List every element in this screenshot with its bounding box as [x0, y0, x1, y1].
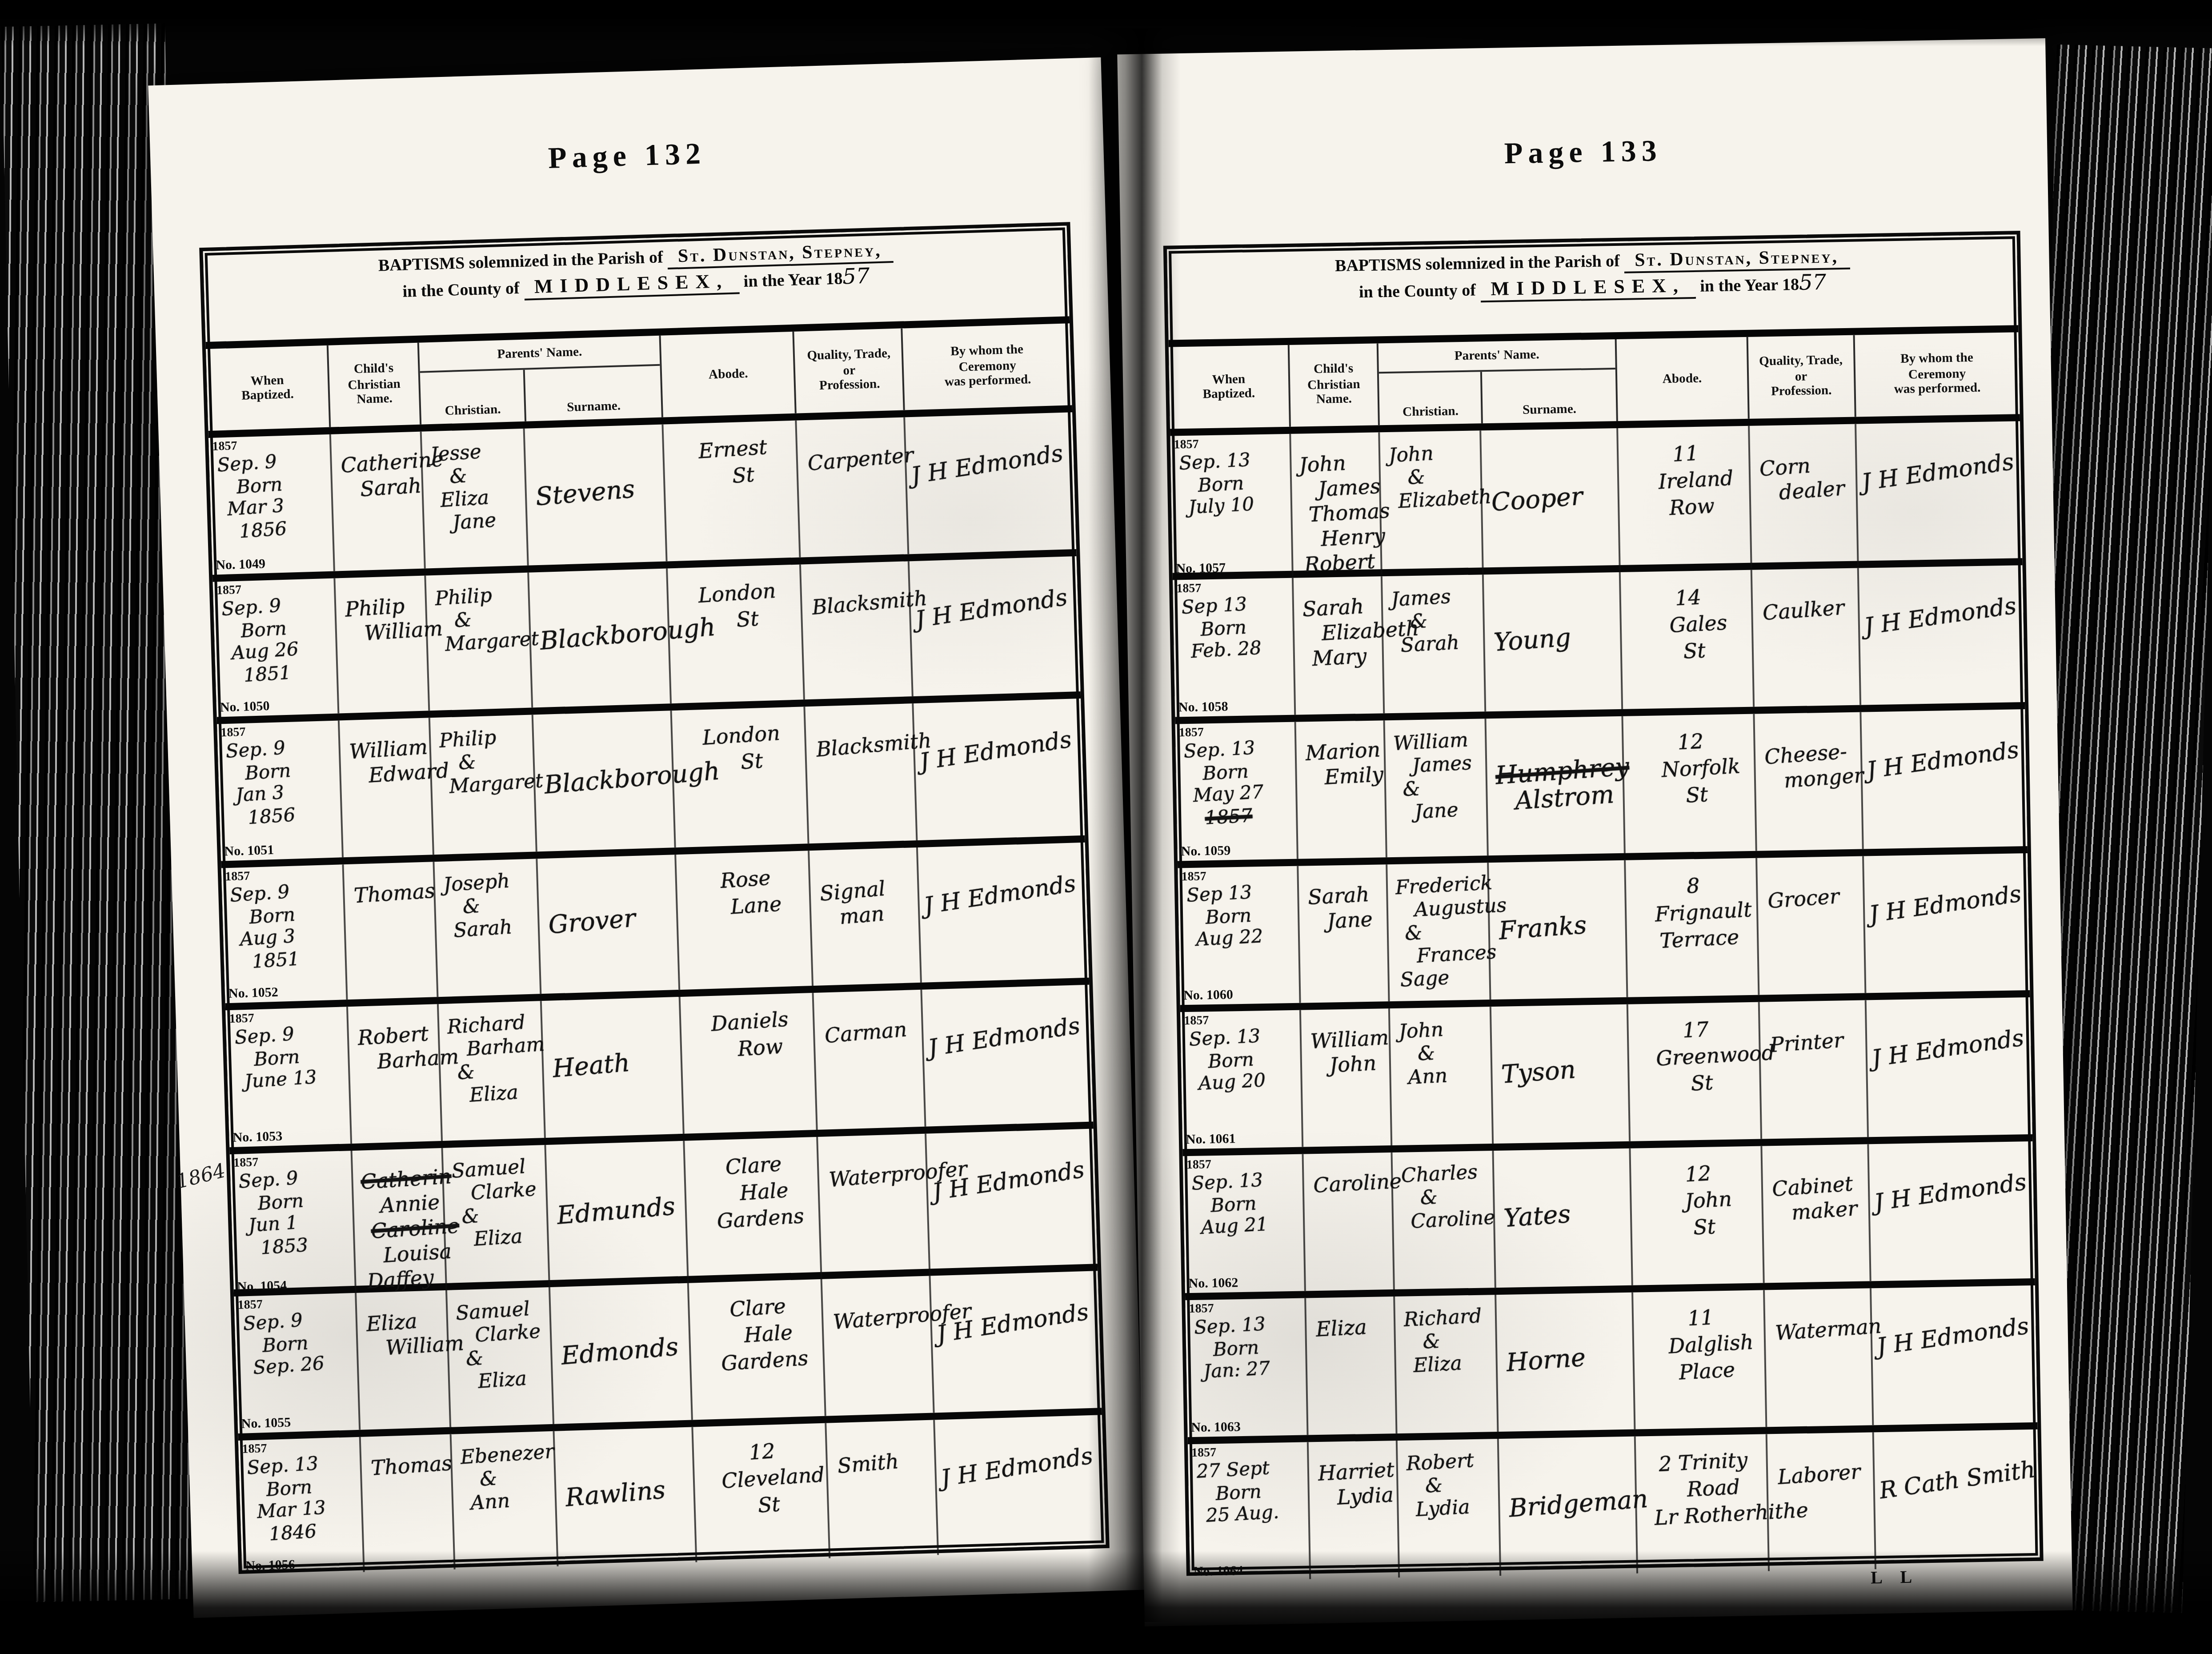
handwriting: SamuelClarke&Eliza	[445, 1285, 554, 1395]
handwriting: Edmunds	[548, 1195, 680, 1232]
abode-cell: 14GalesSt	[1619, 570, 1753, 709]
handwriting: CatherinAnnieCarolineLouisaDaffey	[350, 1146, 448, 1293]
parents-surname-cell: Tyson	[1491, 1004, 1629, 1144]
script-line: &	[1425, 1471, 1496, 1498]
script-line: Thomas	[1308, 498, 1377, 527]
parents-christian-cell: Jesse&ElizaJane	[420, 429, 528, 568]
when-baptized-cell: Sep. 13BornAug 211857No. 1062	[1183, 1154, 1304, 1293]
col-parents: Parents' Name. Christian. Surname.	[1377, 339, 1616, 425]
minister-signature-cell: J H Edmonds	[1867, 1141, 2035, 1281]
handwriting: Laborer	[1766, 1429, 1874, 1490]
script-line: John	[1298, 449, 1374, 478]
register-entry-row: Sep. 9BornAug 2618511857No. 1050PhilipWi…	[212, 555, 1081, 724]
stage: Page 132 BAPTISMS solemnized in the Pari…	[0, 0, 2212, 1654]
script-line: Marion	[1305, 737, 1381, 766]
record-number: No. 1055	[241, 1413, 291, 1430]
abode-cell: ErnestSt	[662, 421, 800, 561]
header-text: in the Year 18	[1700, 277, 1799, 297]
entry-rows-left: Sep. 9BornMar 318561857No. 1049Catherine…	[208, 412, 1106, 1576]
parents-surname-cell: Yates	[1493, 1148, 1631, 1288]
header-text: in the County of	[1359, 283, 1476, 303]
handwriting: J H Edmonds	[1856, 988, 2027, 1075]
script-line: J H Edmonds	[1863, 596, 2016, 642]
script-line: Sage	[1400, 964, 1489, 992]
handwriting: J H Edmonds	[917, 1119, 1091, 1208]
col-parents-title: Parents' Name.	[1378, 339, 1615, 373]
col-christian: Christian.	[1379, 372, 1481, 425]
col-christian: Christian.	[420, 370, 525, 425]
when-baptized-cell: Sep. 9BornJune 131857No. 1053	[225, 1007, 350, 1146]
printed-year: 1857	[1179, 725, 1204, 740]
handwriting: J H Edmonds	[1853, 845, 2024, 931]
profession-cell: Printer	[1758, 1000, 1867, 1139]
handwriting: Philip&Margaret	[425, 570, 531, 656]
child-name-cell: Caroline	[1302, 1152, 1393, 1291]
script-line: Lr Rotherhithe	[1654, 1500, 1765, 1532]
profession-cell: Laborer	[1766, 1432, 1874, 1571]
parents-surname-cell: HumphreyAlstrom	[1485, 716, 1623, 855]
handwriting: Corndealer	[1748, 422, 1858, 507]
handwriting: Rawlins	[556, 1479, 671, 1515]
script-line: R Cath Smith	[1878, 1460, 2031, 1506]
handwriting: Jesse&ElizaJane	[420, 427, 529, 536]
handwriting: Blacksmith	[801, 558, 911, 619]
abode-cell: 12JohnSt	[1629, 1146, 1763, 1285]
script-line: Grocer	[1767, 882, 1860, 913]
script-line: Waterman	[1775, 1314, 1868, 1345]
minister-signature-cell: J H Edmonds	[912, 699, 1085, 839]
script-line: J H Edmonds	[1865, 740, 2019, 786]
handwriting: Thomas	[360, 1432, 452, 1480]
register-table-right: BAPTISMS solemnized in the Parish of St.…	[1163, 231, 2044, 1576]
handwriting: J H Edmonds	[1848, 557, 2020, 643]
when-baptized-cell: Sep. 9BornMar 318561857No. 1049	[208, 434, 333, 574]
parents-christian-cell: SamuelClarke&Eliza	[445, 1287, 553, 1426]
child-name-cell: Eliza	[1304, 1297, 1396, 1435]
handwriting: 12NorfolkSt	[1622, 712, 1756, 813]
profession-cell: Waterproofer	[817, 1133, 929, 1278]
minister-signature-cell: J H Edmonds	[1854, 421, 2022, 566]
col-when: When Baptized.	[1169, 345, 1289, 429]
handwriting: HumphreyAlstrom	[1487, 754, 1636, 818]
register-entry-row: Sep. 9BornMar 318561857No. 1049Catherine…	[208, 412, 1077, 581]
handwriting: Philip&Margaret	[429, 713, 536, 799]
script-line: J H Edmonds	[931, 1158, 1088, 1206]
handwriting: DanielsRow	[680, 991, 816, 1067]
script-line: Edward	[368, 759, 428, 787]
record-number: No. 1053	[232, 1127, 283, 1144]
handwriting: Carman	[813, 987, 923, 1049]
parents-surname-cell: Heath	[541, 997, 683, 1137]
script-line: Carpenter	[807, 443, 903, 476]
year-script: 57	[1799, 270, 1827, 295]
handwriting: Cooper	[1483, 484, 1588, 518]
script-line: Richard	[1403, 1304, 1492, 1332]
handwriting: SarahElizabethMary	[1292, 575, 1384, 672]
script-line: Jane	[1414, 797, 1485, 824]
register-entry-row: Sep 13BornFeb. 281857No. 1058SarahElizab…	[1173, 565, 2025, 724]
when-baptized-cell: Sep. 9BornJan 318561857No. 1051	[217, 721, 342, 860]
entry-rows-right: Sep. 13BornJuly 101857No. 1057JohnJamesT…	[1170, 421, 2040, 1581]
script-line: maker	[1791, 1195, 1866, 1225]
script-line: Grover	[548, 907, 637, 941]
script-line: James	[1317, 474, 1376, 502]
script-line: Edmunds	[557, 1195, 677, 1231]
register-table-left: BAPTISMS solemnized in the Parish of St.…	[199, 222, 1110, 1574]
book-gutter-shadow	[1088, 28, 1181, 1622]
header-text: in the Year 18	[743, 271, 843, 292]
abode-cell: 17GreenwoodSt	[1626, 1002, 1760, 1141]
printed-year: 1857	[216, 582, 242, 597]
register-entry-row: Sep. 9BornAug 318511857No. 1052ThomasJos…	[221, 842, 1090, 1011]
handwriting: Franks	[1490, 913, 1592, 947]
col-surname: Surname.	[523, 366, 661, 422]
profession-cell: Grocer	[1755, 856, 1864, 995]
handwriting: LondonSt	[667, 561, 803, 637]
child-name-cell: WilliamEdward	[338, 718, 433, 856]
parents-surname-cell: Edmonds	[549, 1283, 691, 1423]
handwriting: J H Edmonds	[913, 976, 1087, 1064]
script-line: Henry	[1320, 523, 1378, 551]
script-line: Harriet	[1317, 1457, 1393, 1486]
col-when: When Baptized.	[206, 345, 329, 431]
abode-cell: 12NorfolkSt	[1621, 714, 1755, 853]
script-line: Elizabeth	[1321, 618, 1379, 646]
script-line: Yates	[1504, 1203, 1572, 1234]
handwriting: J H Edmonds	[900, 546, 1074, 635]
script-line: Norfolk	[1650, 753, 1751, 785]
handwriting: Blacksmith	[805, 701, 915, 763]
script-line: J H Edmonds	[936, 1301, 1092, 1349]
register-entry-row: Sep. 9BornJan 318561857No. 1051WilliamEd…	[217, 699, 1085, 867]
abode-cell: ClareHaleGardens	[687, 1279, 825, 1419]
script-line: John	[1329, 1050, 1387, 1078]
handwriting: RobertBarham	[347, 1003, 440, 1076]
col-abode: Abode.	[659, 332, 796, 418]
register-entry-row: Sep. 13BornAug 201857No. 1061WilliamJohn…	[1180, 997, 2032, 1156]
handwriting: ClareHaleGardens	[688, 1277, 825, 1380]
handwriting: Grover	[539, 907, 641, 942]
when-baptized-cell: Sep. 13BornAug 201857No. 1061	[1180, 1010, 1302, 1149]
script-line: Emily	[1324, 762, 1382, 790]
handwriting: Waterproofer	[822, 1273, 932, 1335]
handwriting: Richard&Eliza	[1394, 1293, 1499, 1378]
handwriting: Carpenter	[796, 414, 906, 476]
profession-cell: Carman	[813, 990, 925, 1129]
minister-signature-cell: J H Edmonds	[925, 1128, 1098, 1275]
right-page: Page 133 BAPTISMS solemnized in the Pari…	[1117, 38, 2072, 1626]
handwriting: Yates	[1495, 1202, 1576, 1234]
script-line: monger	[1783, 763, 1859, 793]
county-name: MIDDLESEX,	[523, 271, 740, 300]
script-line: Jane	[452, 507, 525, 534]
printed-year: 1857	[237, 1297, 263, 1313]
handwriting: J H Edmonds	[904, 690, 1079, 778]
handwriting: Cabinetmaker	[1760, 1141, 1870, 1227]
header-text: BAPTISMS solemnized in the Parish of	[1335, 254, 1620, 277]
script-line: Ann	[1408, 1062, 1490, 1089]
parents-christian-cell: WilliamJames&Jane	[1383, 719, 1488, 857]
handwriting: John&Ann	[1389, 1005, 1493, 1090]
handwriting: J H Edmonds	[1861, 1277, 2032, 1363]
register-entry-row: Sep. 9BornJun 118531857No. 1054CatherinA…	[230, 1128, 1098, 1297]
handwriting: ErnestSt	[662, 418, 799, 494]
script-line: Feb. 28	[1190, 637, 1291, 664]
profession-cell: Carpenter	[796, 417, 908, 556]
parents-surname-cell: Horne	[1495, 1293, 1634, 1432]
printed-year: 1857	[229, 1011, 254, 1026]
record-number: No. 1054	[237, 1277, 287, 1294]
parents-surname-cell: Rawlins	[553, 1426, 696, 1566]
handwriting: J H Edmonds	[1858, 1132, 2029, 1219]
script-line: William	[364, 616, 424, 645]
script-line: &	[1404, 918, 1486, 945]
script-line: Margaret	[449, 770, 532, 799]
abode-cell: LondonSt	[666, 564, 804, 704]
handwriting: J H Edmonds	[908, 833, 1083, 921]
script-line: Jane	[1326, 906, 1385, 934]
script-line: Young	[1494, 626, 1573, 658]
handwriting: 11DalglishPlace	[1631, 1288, 1766, 1389]
script-line: Barham	[466, 1033, 539, 1061]
script-line: Eliza	[469, 1080, 542, 1107]
script-line: St	[1641, 779, 1753, 812]
script-line: Annie	[379, 1188, 439, 1217]
parents-surname-cell: Franks	[1488, 860, 1626, 1000]
script-line: Lydia	[1415, 1494, 1497, 1521]
parents-christian-cell: FrederickAugustus&FrancesSage	[1386, 863, 1491, 1001]
when-baptized-cell: Sep. 9BornAug 2618511857No. 1050	[212, 578, 337, 717]
handwriting: 17GreenwoodSt	[1627, 1000, 1761, 1101]
script-line: Jan: 27	[1203, 1357, 1303, 1384]
script-line: &	[1407, 463, 1478, 490]
record-number: No. 1050	[220, 698, 270, 715]
printed-year: 1857	[225, 868, 250, 883]
profession-cell: Waterproofer	[821, 1276, 933, 1415]
minister-signature-cell: R Cath Smith	[1872, 1429, 2040, 1569]
script-line: Frignault	[1653, 897, 1754, 929]
profession-cell: Cabinetmaker	[1760, 1144, 1869, 1283]
minister-signature-cell: J H Edmonds	[917, 842, 1089, 983]
handwriting: R Cath Smith	[1863, 1421, 2035, 1507]
script-line: &	[1410, 607, 1481, 634]
script-line: Laborer	[1777, 1458, 1870, 1489]
script-line: Greenwood	[1655, 1041, 1756, 1073]
script-line: Smith	[837, 1445, 933, 1477]
script-line: Aug 21	[1201, 1212, 1301, 1240]
script-line: J H Edmonds	[927, 1015, 1084, 1063]
when-baptized-cell: Sep. 13BornMay 2718571857No. 1059	[1175, 722, 1297, 861]
handwriting: 2 TrinityRoadLr Rotherhithe	[1634, 1432, 1769, 1533]
handwriting: 11IrelandRow	[1616, 424, 1751, 525]
child-name-cell: SarahJane	[1297, 864, 1388, 1003]
printed-year: 1857	[242, 1441, 267, 1456]
handwriting: Tyson	[1492, 1058, 1581, 1091]
profession-cell: Waterman	[1763, 1288, 1871, 1427]
parents-surname-cell: Stevens	[524, 425, 666, 565]
register-entry-row: Sep. 9BornJune 131857No. 1053RobertBarha…	[225, 985, 1094, 1154]
record-number: No. 1057	[1176, 559, 1226, 576]
minister-signature-cell: J H Edmonds	[904, 412, 1076, 553]
col-quality: Quality, Trade, or Profession.	[793, 329, 903, 413]
child-name-cell: CatherineSarah	[329, 432, 424, 570]
when-baptized-cell: Sep. 13BornJan: 271857No. 1063	[1185, 1298, 1306, 1437]
script-line: Aug 22	[1195, 924, 1296, 952]
handwriting: Waterproofer	[817, 1130, 928, 1192]
script-line: Frances	[1416, 941, 1487, 968]
minister-signature-cell: J H Edmonds	[929, 1271, 1102, 1412]
script-line: &	[1422, 1327, 1493, 1354]
profession-cell: Caulker	[1751, 568, 1859, 707]
script-line: Cooper	[1491, 484, 1585, 517]
script-line: July 10	[1188, 493, 1288, 520]
child-name-cell: Thomas	[342, 861, 437, 1000]
handwriting: 8FrignaultTerrace	[1624, 856, 1759, 957]
county-name: MIDDLESEX,	[1480, 276, 1696, 302]
header-text: in the County of	[402, 281, 520, 302]
handwriting: Printer	[1759, 997, 1867, 1058]
script-line: Daffey	[366, 1263, 444, 1293]
handwriting: RoseLane	[675, 847, 812, 923]
record-number: No. 1058	[1178, 698, 1228, 715]
register-entry-row: Sep. 13BornJuly 101857No. 1057JohnJamesT…	[1170, 421, 2022, 580]
child-name-cell: PhilipWilliam	[333, 575, 428, 714]
script-line: Mary	[1311, 642, 1380, 671]
record-number: No. 1049	[216, 554, 266, 572]
register-entry-row: Sep. 13BornAug 211857No. 1062CarolineCha…	[1183, 1141, 2035, 1300]
col-child: Child's Christian Name.	[1287, 343, 1378, 426]
minister-signature-cell: J H Edmonds	[934, 1414, 1106, 1555]
script-line: Heath	[553, 1051, 632, 1084]
parish-name: St. Dunstan, Stepney,	[1624, 248, 1850, 273]
record-number: No. 1059	[1181, 842, 1230, 859]
col-quality: Quality, Trade, or Profession.	[1747, 335, 1854, 419]
script-line: Horne	[1507, 1346, 1587, 1378]
parents-christian-cell: Joseph&Sarah	[433, 858, 541, 997]
handwriting: JohnJamesThomasHenryRobert	[1288, 431, 1383, 578]
script-line: Ireland	[1645, 465, 1746, 497]
script-line: dealer	[1778, 475, 1854, 505]
script-line: Stevens	[535, 477, 637, 512]
script-line: Dalglish	[1660, 1329, 1761, 1361]
register-scan-photo: Page 132 BAPTISMS solemnized in the Pari…	[0, 0, 2212, 1654]
parents-christian-cell: SamuelClarke&Eliza	[441, 1144, 549, 1289]
script-line: Blacksmith	[812, 586, 907, 619]
handwriting: CatherineSarah	[330, 430, 423, 503]
handwriting: SarahJane	[1297, 863, 1388, 935]
handwriting: Smith	[826, 1416, 936, 1478]
profession-cell: Blacksmith	[800, 560, 912, 699]
child-name-cell: RobertBarham	[346, 1004, 441, 1143]
child-name-cell: JohnJamesThomasHenryRobert	[1289, 432, 1381, 576]
handwriting: Thomas	[343, 859, 435, 908]
register-entry-row: Sep. 9BornSep. 261857No. 1055ElizaWillia…	[234, 1271, 1102, 1440]
parents-christian-cell: John&Elizabeth	[1378, 430, 1483, 574]
script-line: Eliza	[477, 1365, 550, 1393]
script-line: Charles	[1401, 1160, 1490, 1188]
script-line: Terrace	[1643, 923, 1755, 956]
abode-cell: 11IrelandRow	[1616, 426, 1751, 570]
script-line: Louisa	[383, 1238, 443, 1267]
child-name-cell: SarahElizabethMary	[1292, 576, 1383, 715]
when-baptized-cell: Sep. 9BornAug 318511857No. 1052	[221, 863, 346, 1003]
minister-signature-cell: J H Edmonds	[908, 555, 1081, 696]
parents-surname-cell: Blackborough	[532, 711, 674, 851]
script-line: Caroline	[1411, 1206, 1492, 1233]
record-number: No. 1051	[224, 841, 274, 858]
register-entry-row: Sep. 13BornMay 2718571857No. 1059MarionE…	[1175, 709, 2028, 868]
handwriting: 12ClevelandSt	[692, 1420, 829, 1523]
handwriting: Charles&Caroline	[1391, 1149, 1496, 1234]
record-number: No. 1063	[1191, 1418, 1241, 1435]
when-baptized-cell: Sep 13BornAug 221857No. 1060	[1178, 866, 1299, 1005]
script-line: J H Edmonds	[1873, 1172, 2026, 1218]
col-child: Child's Christian Name.	[327, 343, 420, 427]
minister-signature-cell: J H Edmonds	[1862, 853, 2030, 993]
script-line: &	[1417, 1039, 1488, 1066]
script-line: Ebenezer	[460, 1439, 550, 1468]
year-script: 57	[842, 264, 870, 289]
script-line: &	[1403, 774, 1484, 801]
record-number: No. 1062	[1188, 1274, 1238, 1291]
script-line: Elizabeth	[1398, 486, 1479, 513]
parents-christian-cell: Ebenezer&Ann	[450, 1430, 557, 1570]
record-number: No. 1052	[228, 984, 278, 1001]
when-baptized-cell: Sep. 9BornJun 118531857No. 1054	[230, 1150, 355, 1296]
handwriting: Stevens	[526, 477, 640, 513]
handwriting: Eliza	[1305, 1295, 1395, 1342]
handwriting: FrederickAugustus&FrancesSage	[1386, 861, 1492, 992]
profession-cell: Signalman	[809, 847, 921, 986]
parents-christian-cell: Philip&Margaret	[424, 572, 532, 711]
printed-year: 1857	[233, 1154, 259, 1169]
printed-year: 1857	[1184, 1013, 1209, 1028]
script-line: Philip	[345, 591, 422, 621]
col-parents: Parents' Name. Christian. Surname.	[417, 336, 662, 425]
child-name-cell: ElizaWilliam	[355, 1290, 449, 1429]
handwriting: Edmonds	[552, 1335, 684, 1372]
script-line: Edmonds	[561, 1335, 680, 1371]
profession-cell: Blacksmith	[804, 703, 916, 843]
handwriting: Young	[1485, 626, 1576, 658]
script-line: Eliza	[1413, 1350, 1495, 1377]
script-line: William	[1310, 1025, 1386, 1054]
child-name-cell: CatherinAnnieCarolineLouisaDaffey	[351, 1147, 445, 1292]
handwriting: LondonSt	[671, 704, 808, 780]
script-line: Clarke	[474, 1320, 547, 1347]
col-parents-sub: Christian. Surname.	[1379, 369, 1616, 425]
script-line: J H Edmonds	[1860, 452, 2013, 498]
minister-signature-cell: J H Edmonds	[1859, 709, 2027, 849]
handwriting: Ebenezer&Ann	[450, 1429, 557, 1515]
script-line: Sarah	[1302, 593, 1378, 622]
handwriting: Joseph&Sarah	[433, 856, 540, 943]
handwriting: WilliamJames&Jane	[1383, 717, 1489, 825]
form-header-right: BAPTISMS solemnized in the Parish of St.…	[1167, 234, 2019, 347]
abode-cell: RoseLane	[675, 850, 813, 990]
handwriting: 14GalesSt	[1619, 568, 1754, 669]
script-line: Caulker	[1762, 594, 1855, 625]
script-line: Thomas	[370, 1450, 448, 1480]
handwriting: James&Sarah	[1381, 573, 1486, 658]
handwriting: PhilipWilliam	[334, 573, 427, 646]
script-line: J H Edmonds	[914, 586, 1071, 634]
script-line: Sarah	[359, 473, 419, 502]
handwriting: Caroline	[1303, 1151, 1393, 1198]
register-entry-row: Sep. 13BornJan: 271857No. 1063ElizaRicha…	[1185, 1285, 2037, 1444]
script-line: 25 Aug.	[1206, 1501, 1306, 1528]
struck-script-line: Catherin	[360, 1164, 438, 1193]
